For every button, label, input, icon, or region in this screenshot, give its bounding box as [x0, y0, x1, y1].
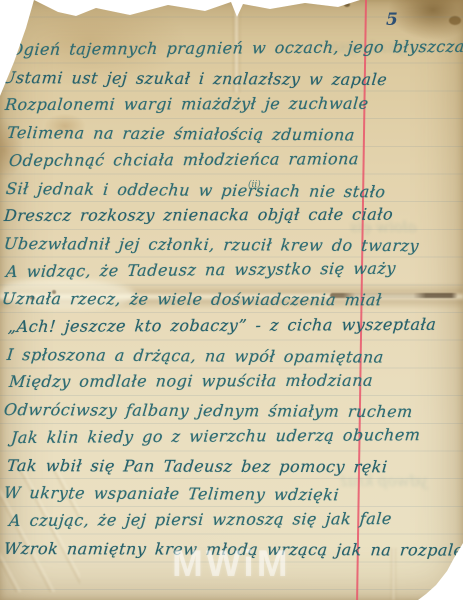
- manuscript-line: „Ach! jeszcze kto zobaczy” - z cicha wys…: [7, 315, 437, 337]
- manuscript-line: Odwróciwszy falbany jednym śmiałym ruche…: [3, 400, 414, 422]
- handwriting-lines: Ogień tajemnych pragnień w oczach, jego …: [0, 0, 463, 600]
- manuscript-line: Ubezwładnił jej członki, rzucił krew do …: [3, 234, 420, 256]
- scan-background: wzłyszd ogso ałoiw ęis ydwop kraż 5 Ogie…: [0, 0, 463, 600]
- manuscript-line: Uznała rzecz, że wiele doświadczenia mia…: [1, 289, 383, 310]
- manuscript-line: W ukryte wspaniałe Telimeny wdzięki: [3, 483, 340, 505]
- manuscript-line: Ogień tajemnych pragnień w oczach, jego …: [9, 37, 463, 60]
- manuscript-line: I spłoszona a drżąca, na wpół opamiętana: [6, 345, 385, 368]
- manuscript-line: Tak wbił się Pan Tadeusz bez pomocy ręki: [6, 456, 388, 477]
- manuscript-line: Ustami ust jej szukał i znalazłszy w zap…: [1, 68, 388, 90]
- manuscript-line: Odepchnąć chciała młodzieńca ramiona: [8, 149, 360, 171]
- manuscript-line: Dreszcz rozkoszy znienacka objął całe ci…: [3, 205, 394, 226]
- manuscript-line: A widząc, że Tadeusz na wszystko się waż…: [5, 258, 396, 281]
- manuscript-page: wzłyszd ogso ałoiw ęis ydwop kraż 5 Ogie…: [0, 0, 463, 600]
- superscript-correction: (ii): [248, 180, 261, 190]
- manuscript-line: Między omdlałe nogi wpuściła młodziana: [8, 371, 374, 392]
- manuscript-line: Sił jednak i oddechu w piersiach nie sta…: [5, 179, 386, 202]
- manuscript-line: Rozpalonemi wargi miażdżył je zuchwale: [4, 94, 369, 115]
- manuscript-line: A czując, że jej piersi wznoszą się jak …: [8, 509, 392, 531]
- archive-watermark: MWiM: [172, 543, 291, 585]
- manuscript-line: Jak klin kiedy go z wierzchu uderzą obuc…: [10, 425, 421, 448]
- manuscript-line: Telimena na razie śmiałością zdumiona: [6, 123, 356, 145]
